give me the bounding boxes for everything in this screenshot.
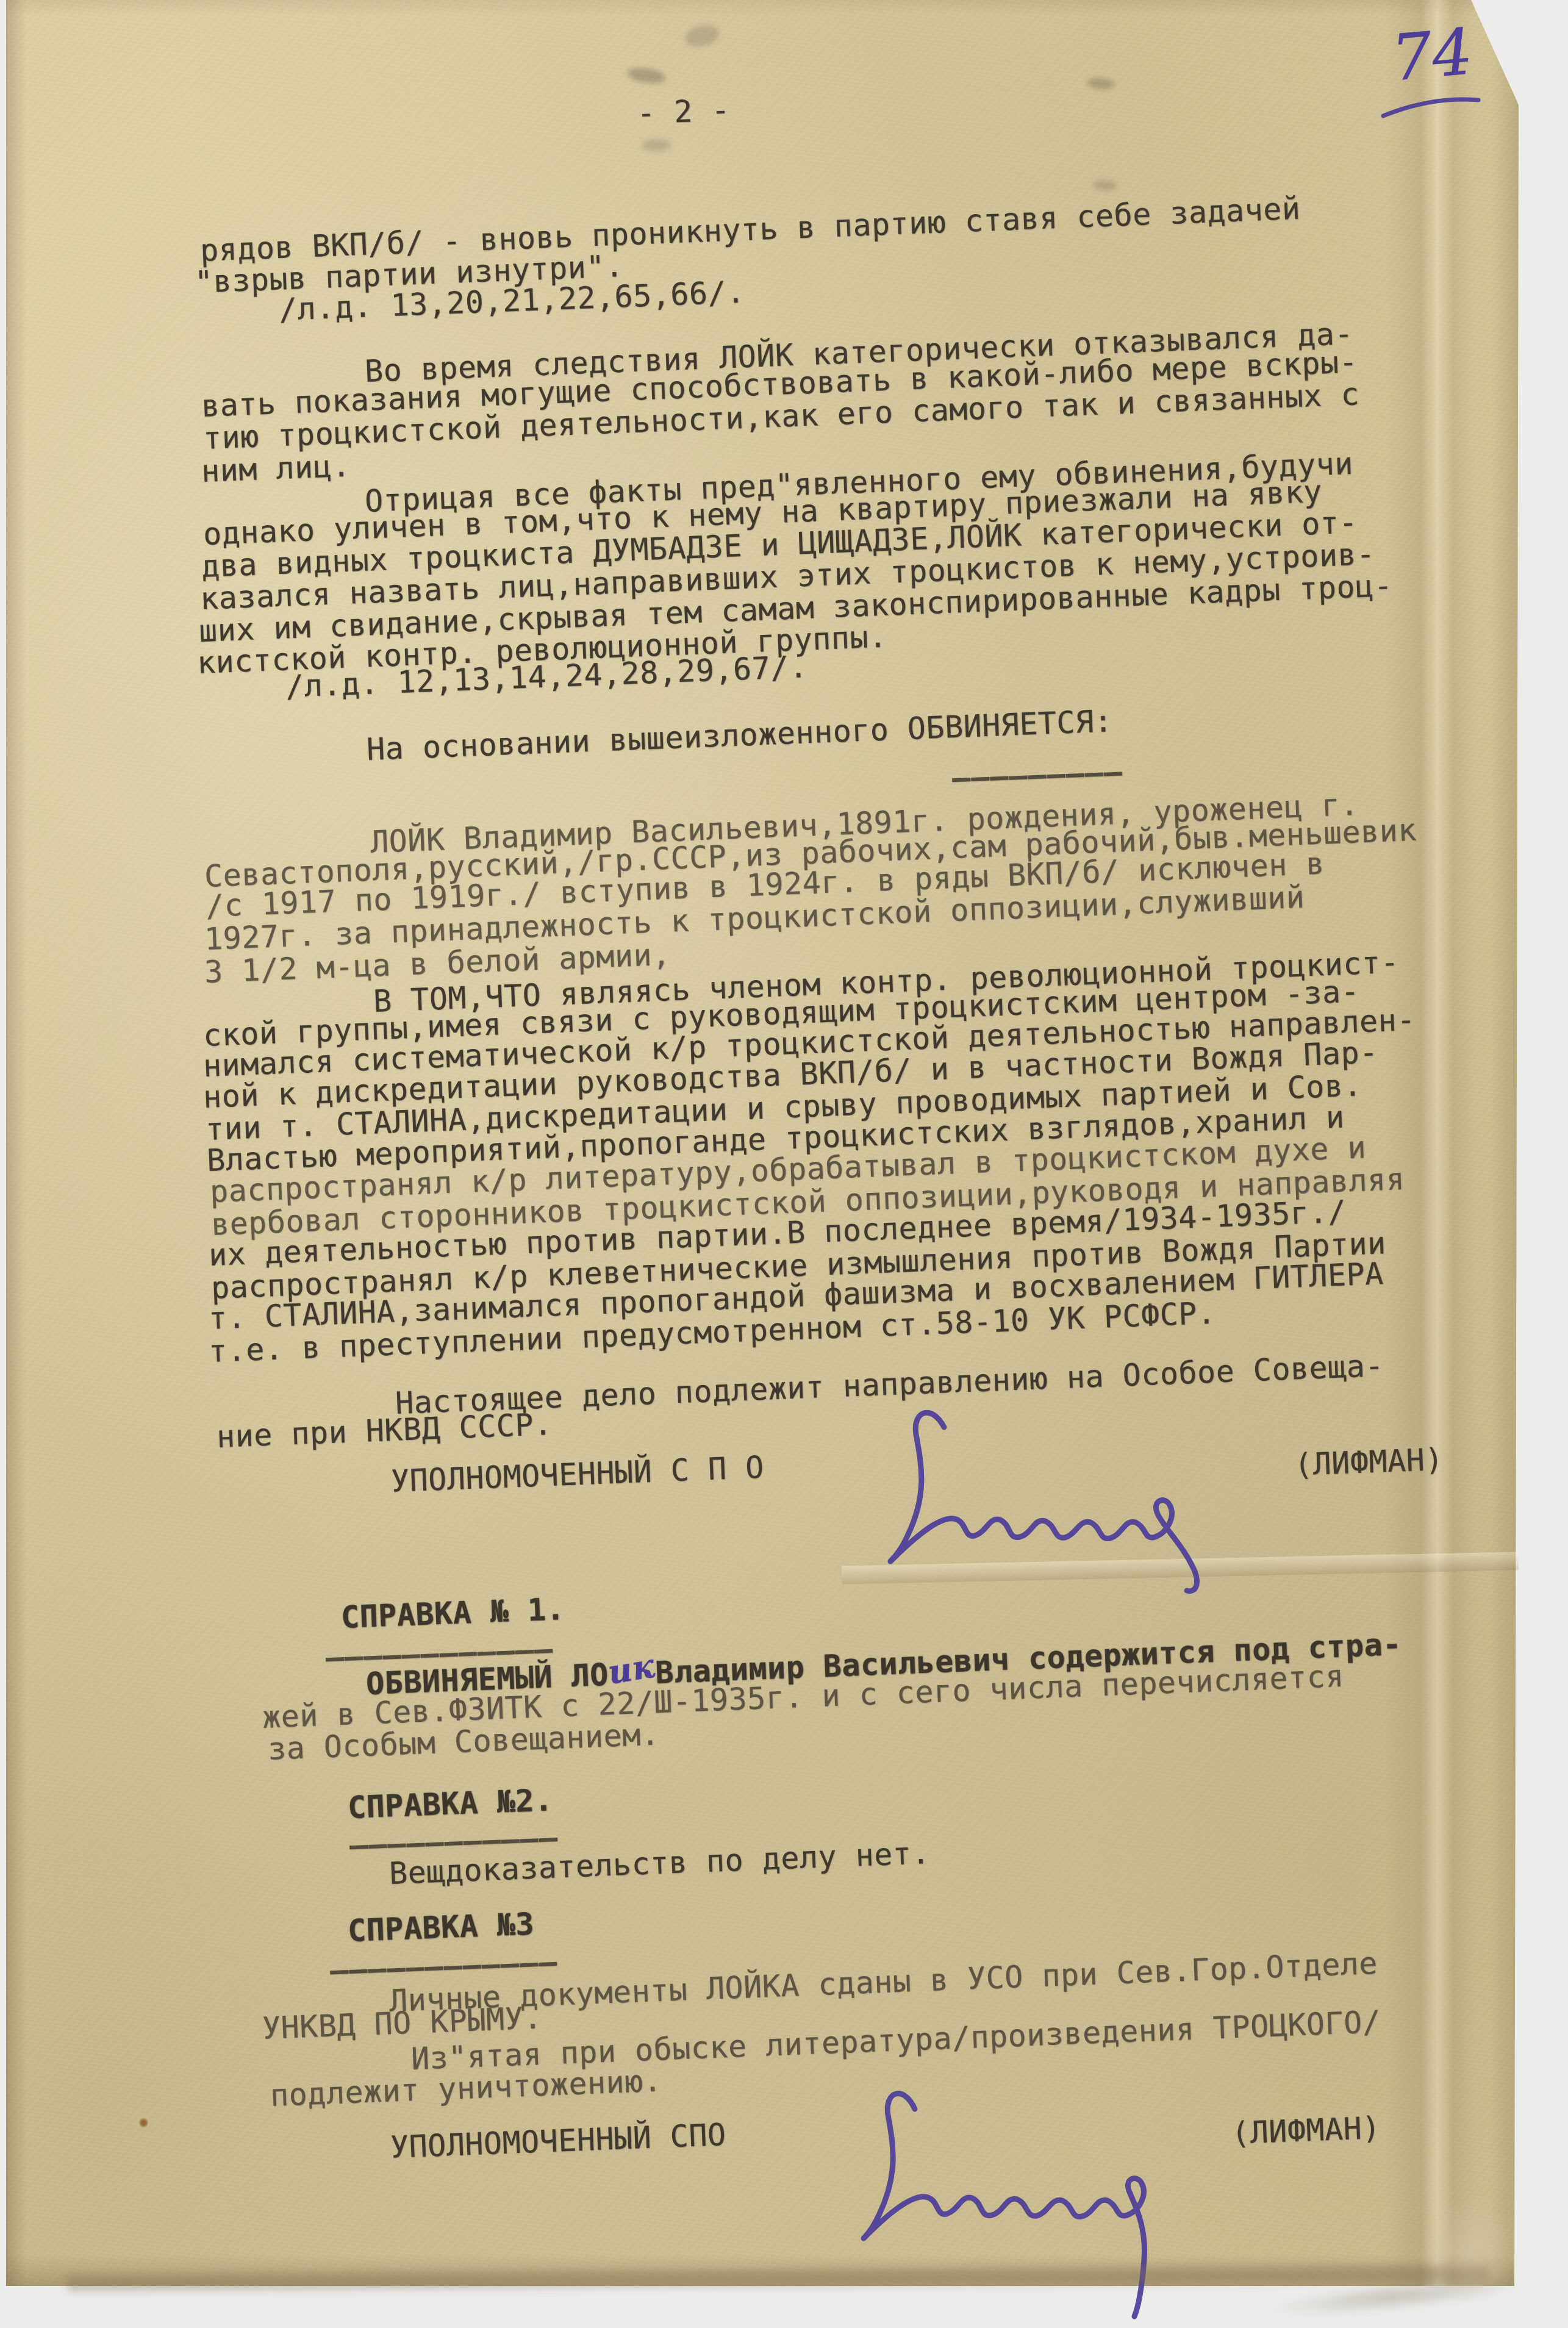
signatory-name-1: (ЛИФМАН)	[1294, 1444, 1444, 1481]
accusation-underline: –––––––––	[951, 756, 1123, 794]
handwritten-folio-number: 74	[1389, 20, 1475, 90]
scanned-document-page: - 2 - 74 рядов ВКП/б/ - вновь проникнуть…	[0, 0, 1568, 2328]
ink-smudge	[642, 139, 671, 151]
typed-page-number: - 2 -	[636, 94, 731, 129]
typed-line: ним лиц.	[201, 450, 351, 487]
handwritten-correction: ик	[606, 1649, 657, 1689]
spravka-1-heading: СПРАВКА № 1.	[340, 1593, 565, 1633]
handwritten-signature-1	[886, 1397, 1227, 1598]
handwritten-signature-2	[859, 2072, 1188, 2323]
signatory-name-2: (ЛИФМАН)	[1231, 2112, 1381, 2149]
folio-underline-stroke	[1380, 91, 1483, 122]
paper-stain	[139, 2118, 148, 2128]
spravka-3-heading: СПРАВКА №3	[347, 1908, 535, 1947]
spravka-2-heading: СПРАВКА №2.	[347, 1784, 553, 1824]
